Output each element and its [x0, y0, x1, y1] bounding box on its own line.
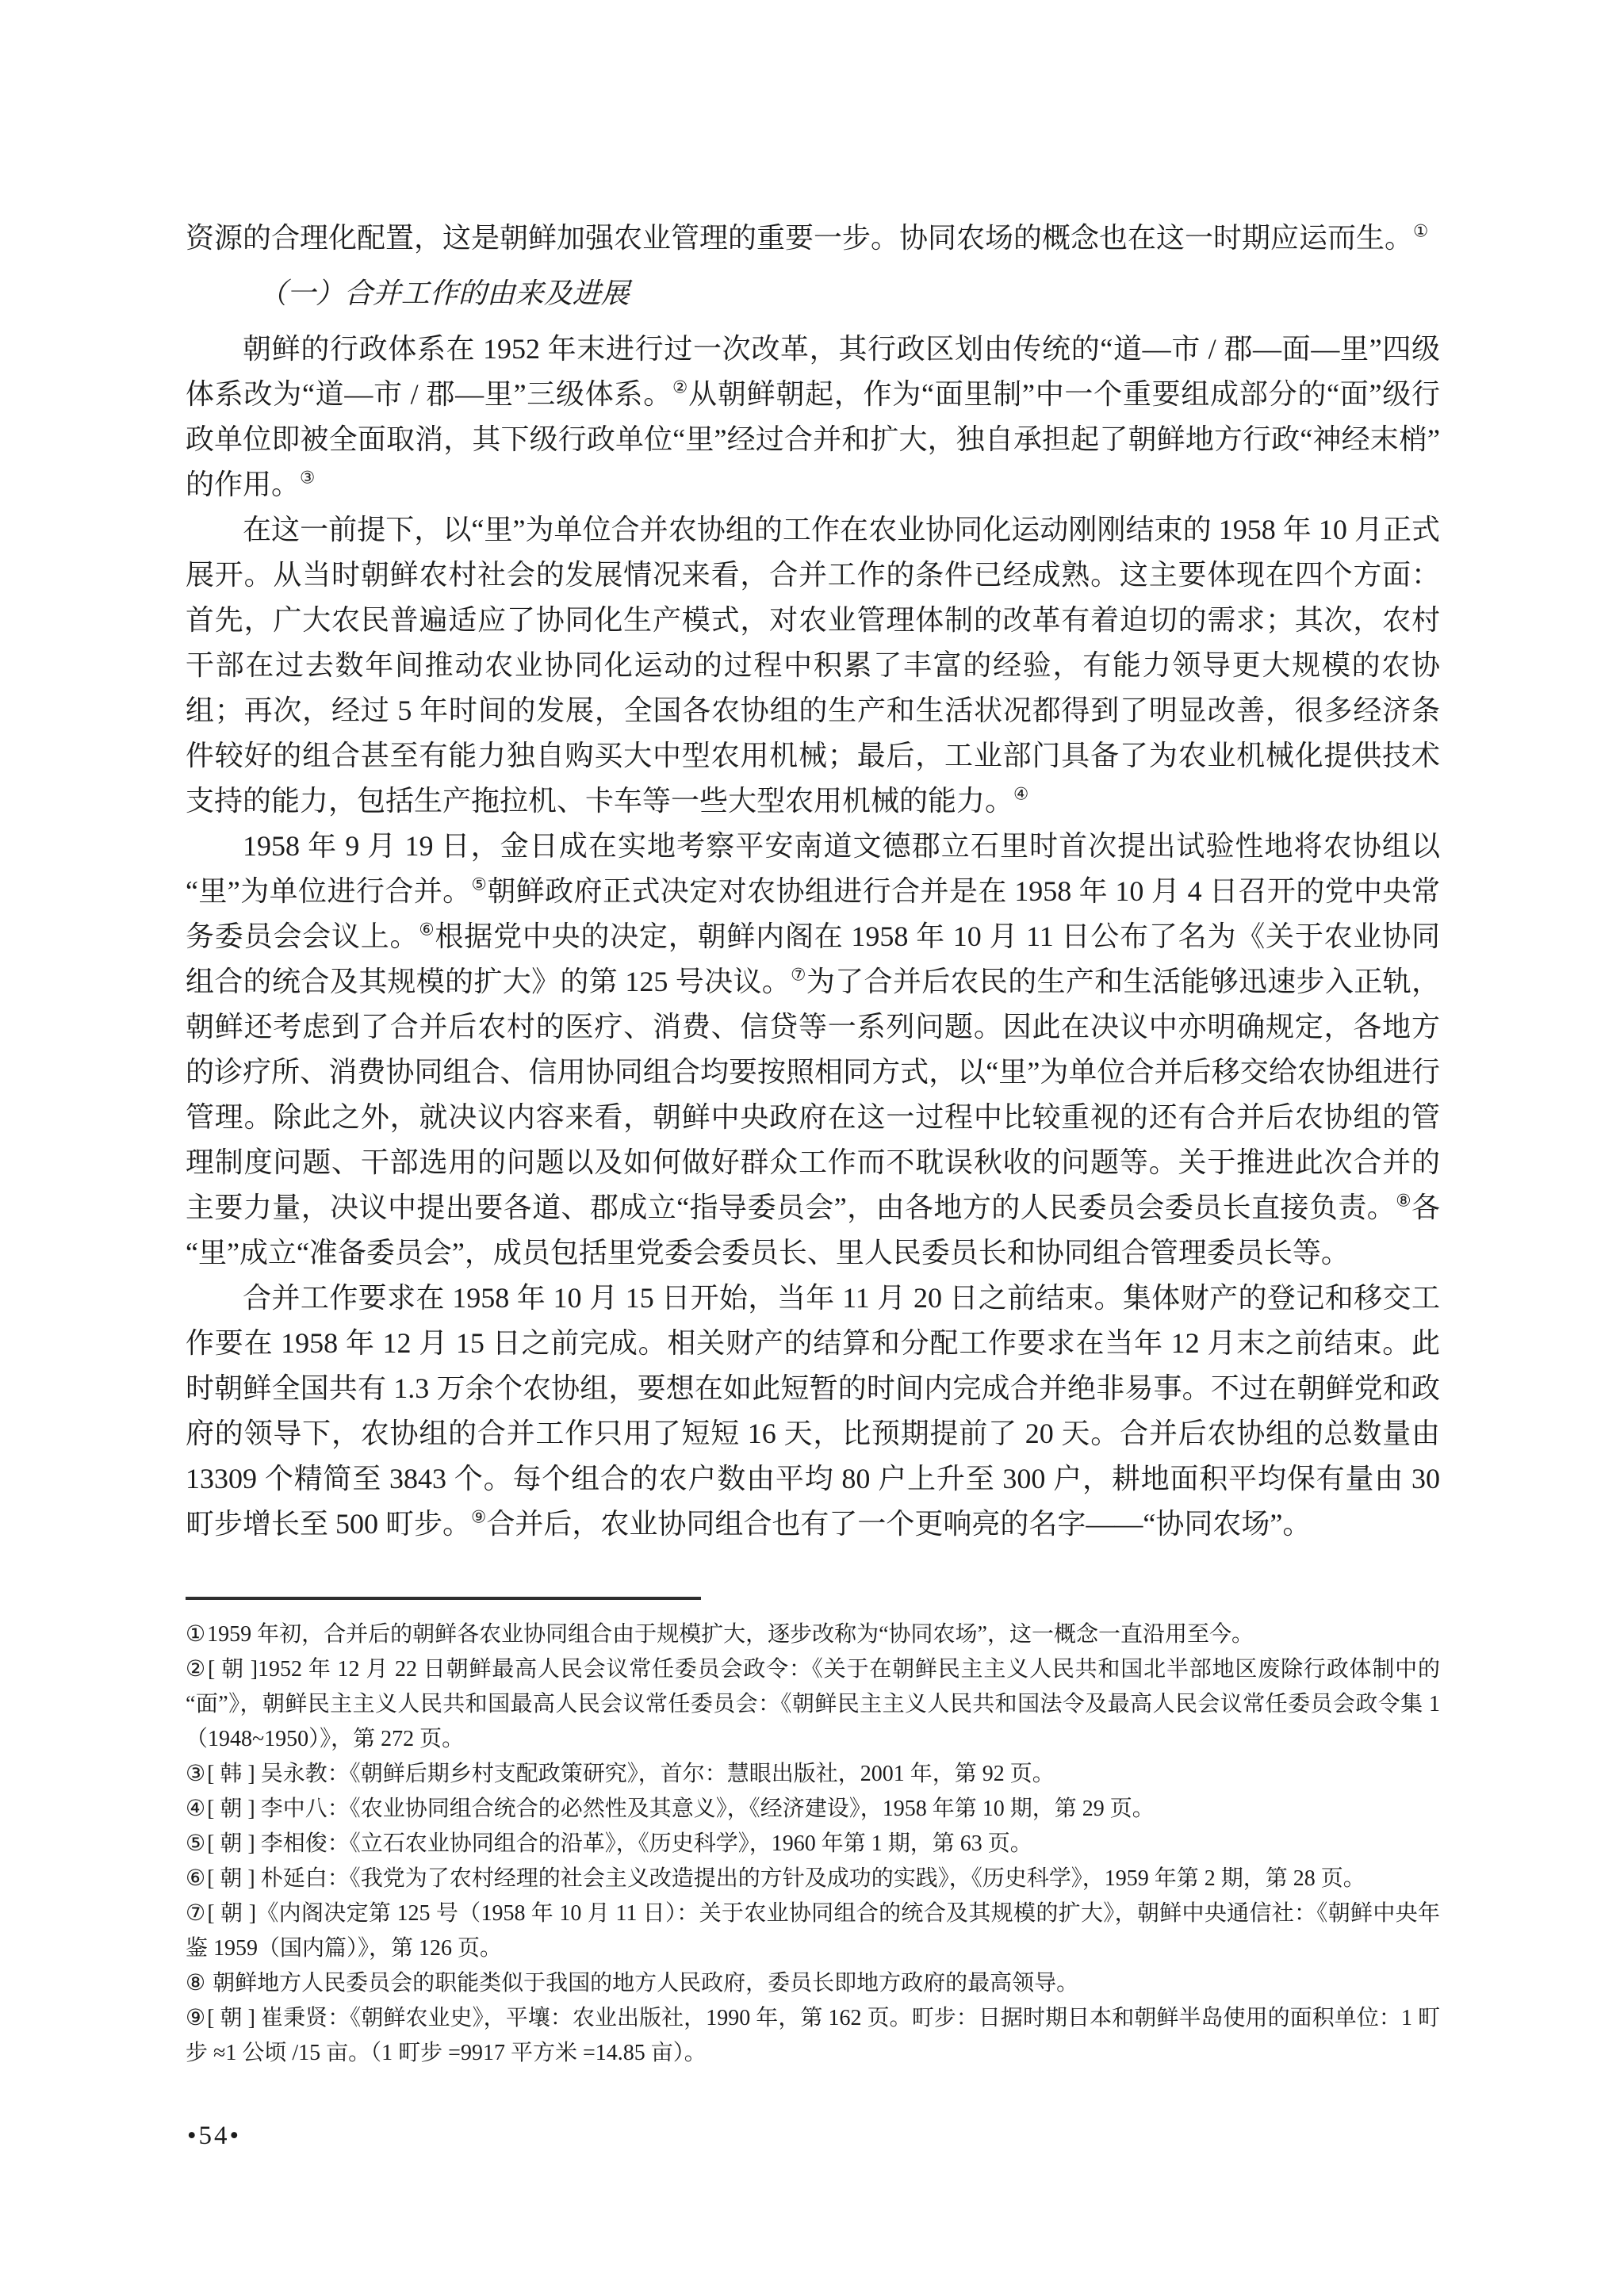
footnote-1: ①1959 年初，合并后的朝鲜各农业协同组合由于规模扩大，逐步改称为“协同农场”…	[186, 1617, 1440, 1652]
paragraph-decision-process: 1958 年 9 月 19 日，金日成在实地考察平安南道文德郡立石里时首次提出试…	[186, 824, 1440, 1276]
footnote-ref: ③	[300, 469, 315, 488]
footnote-text: [ 朝 ]1952 年 12 月 22 日朝鲜最高人民会议常任委员会政令：《关于…	[186, 1657, 1440, 1751]
footnote-text: [ 朝 ]《内阁决定第 125 号（1958 年 10 月 11 日）：关于农业…	[186, 1901, 1440, 1961]
footnote-text: 朝鲜地方人民委员会的职能类似于我国的地方人民政府，委员长即地方政府的最高领导。	[207, 1971, 1078, 1996]
footnote-2: ②[ 朝 ]1952 年 12 月 22 日朝鲜最高人民会议常任委员会政令：《关…	[186, 1652, 1440, 1757]
footnote-ref: ⑧	[1396, 1192, 1411, 1211]
body-text-segment: 资源的合理化配置，这是朝鲜加强农业管理的重要一步。协同农场的概念也在这一时期应运…	[186, 222, 1413, 254]
footnote-text: [ 朝 ] 朴延白：《我党为了农村经理的社会主义改造提出的方针及成功的实践》，《…	[207, 1866, 1365, 1891]
footnote-marker: ④	[186, 1797, 205, 1821]
footnote-marker: ③	[186, 1762, 205, 1786]
footnote-ref: ④	[1013, 785, 1028, 804]
footnote-4: ④[ 朝 ] 李中八：《农业协同组合统合的必然性及其意义》，《经济建设》，195…	[186, 1792, 1440, 1827]
page-body: 资源的合理化配置，这是朝鲜加强农业管理的重要一步。协同农场的概念也在这一时期应运…	[186, 216, 1440, 1547]
footnote-8: ⑧ 朝鲜地方人民委员会的职能类似于我国的地方人民政府，委员长即地方政府的最高领导…	[186, 1966, 1440, 2001]
footnote-text: [ 韩 ] 吴永教：《朝鲜后期乡村支配政策研究》，首尔：慧眼出版社，2001 年…	[207, 1762, 1055, 1786]
footnote-marker: ⑨	[186, 2006, 205, 2030]
section-heading: （一）合并工作的由来及进展	[186, 271, 1440, 316]
footnote-6: ⑥[ 朝 ] 朴延白：《我党为了农村经理的社会主义改造提出的方针及成功的实践》，…	[186, 1862, 1440, 1896]
document-page: 资源的合理化配置，这是朝鲜加强农业管理的重要一步。协同农场的概念也在这一时期应运…	[0, 0, 1624, 2296]
footnote-ref: ⑤	[472, 875, 488, 894]
body-text-segment: 在这一前提下，以“里”为单位合并农协组的工作在农业协同化运动刚刚结束的 1958…	[186, 514, 1440, 817]
footnote-ref: ①	[1413, 222, 1428, 241]
footnote-marker: ⑥	[186, 1866, 205, 1891]
paragraph-merger-conditions: 在这一前提下，以“里”为单位合并农协组的工作在农业协同化运动刚刚结束的 1958…	[186, 507, 1440, 824]
footnote-separator-rule	[186, 1597, 701, 1600]
footnote-7: ⑦[ 朝 ]《内阁决定第 125 号（1958 年 10 月 11 日）：关于农…	[186, 1896, 1440, 1966]
footnote-text: 1959 年初，合并后的朝鲜各农业协同组合由于规模扩大，逐步改称为“协同农场”，…	[207, 1622, 1254, 1647]
footnote-ref: ⑥	[419, 920, 435, 939]
footnote-9: ⑨[ 朝 ] 崔秉贤：《朝鲜农业史》，平壤：农业出版社，1990 年，第 162…	[186, 2001, 1440, 2071]
paragraph-merger-results: 合并工作要求在 1958 年 10 月 15 日开始，当年 11 月 20 日之…	[186, 1276, 1440, 1547]
footnote-text: [ 朝 ] 崔秉贤：《朝鲜农业史》，平壤：农业出版社，1990 年，第 162 …	[186, 2006, 1440, 2065]
footnote-5: ⑤[ 朝 ] 李相俊：《立石农业协同组合的沿革》，《历史科学》，1960 年第 …	[186, 1827, 1440, 1862]
footnote-text: [ 朝 ] 李中八：《农业协同组合统合的必然性及其意义》，《经济建设》，1958…	[207, 1797, 1155, 1821]
body-text-segment: 为了合并后农民的生产和生活能够迅速步入正轨，朝鲜还考虑到了合并后农村的医疗、消费…	[186, 966, 1440, 1223]
footnote-ref: ⑦	[791, 966, 806, 985]
body-text-segment: 合并工作要求在 1958 年 10 月 15 日开始，当年 11 月 20 日之…	[186, 1282, 1440, 1540]
footnote-marker: ①	[186, 1622, 205, 1647]
footnote-ref: ⑨	[471, 1508, 486, 1527]
footnote-ref: ②	[672, 378, 688, 397]
footnote-3: ③[ 韩 ] 吴永教：《朝鲜后期乡村支配政策研究》，首尔：慧眼出版社，2001 …	[186, 1757, 1440, 1792]
footnote-marker: ⑦	[186, 1901, 205, 1926]
footnote-text: [ 朝 ] 李相俊：《立石农业协同组合的沿革》，《历史科学》，1960 年第 1…	[207, 1831, 1032, 1856]
page-number: •54•	[187, 2122, 241, 2151]
footnote-marker: ⑤	[186, 1831, 205, 1856]
body-text-segment: 合并后，农业协同组合也有了一个更响亮的名字——“协同农场”。	[486, 1508, 1311, 1540]
footnote-marker: ⑧	[186, 1971, 205, 1996]
footnotes-section: ①1959 年初，合并后的朝鲜各农业协同组合由于规模扩大，逐步改称为“协同农场”…	[186, 1617, 1440, 2071]
footnote-marker: ②	[186, 1657, 206, 1682]
paragraph-continuation: 资源的合理化配置，这是朝鲜加强农业管理的重要一步。协同农场的概念也在这一时期应运…	[186, 216, 1440, 261]
paragraph-admin-reform: 朝鲜的行政体系在 1952 年末进行过一次改革，其行政区划由传统的“道—市 / …	[186, 327, 1440, 507]
